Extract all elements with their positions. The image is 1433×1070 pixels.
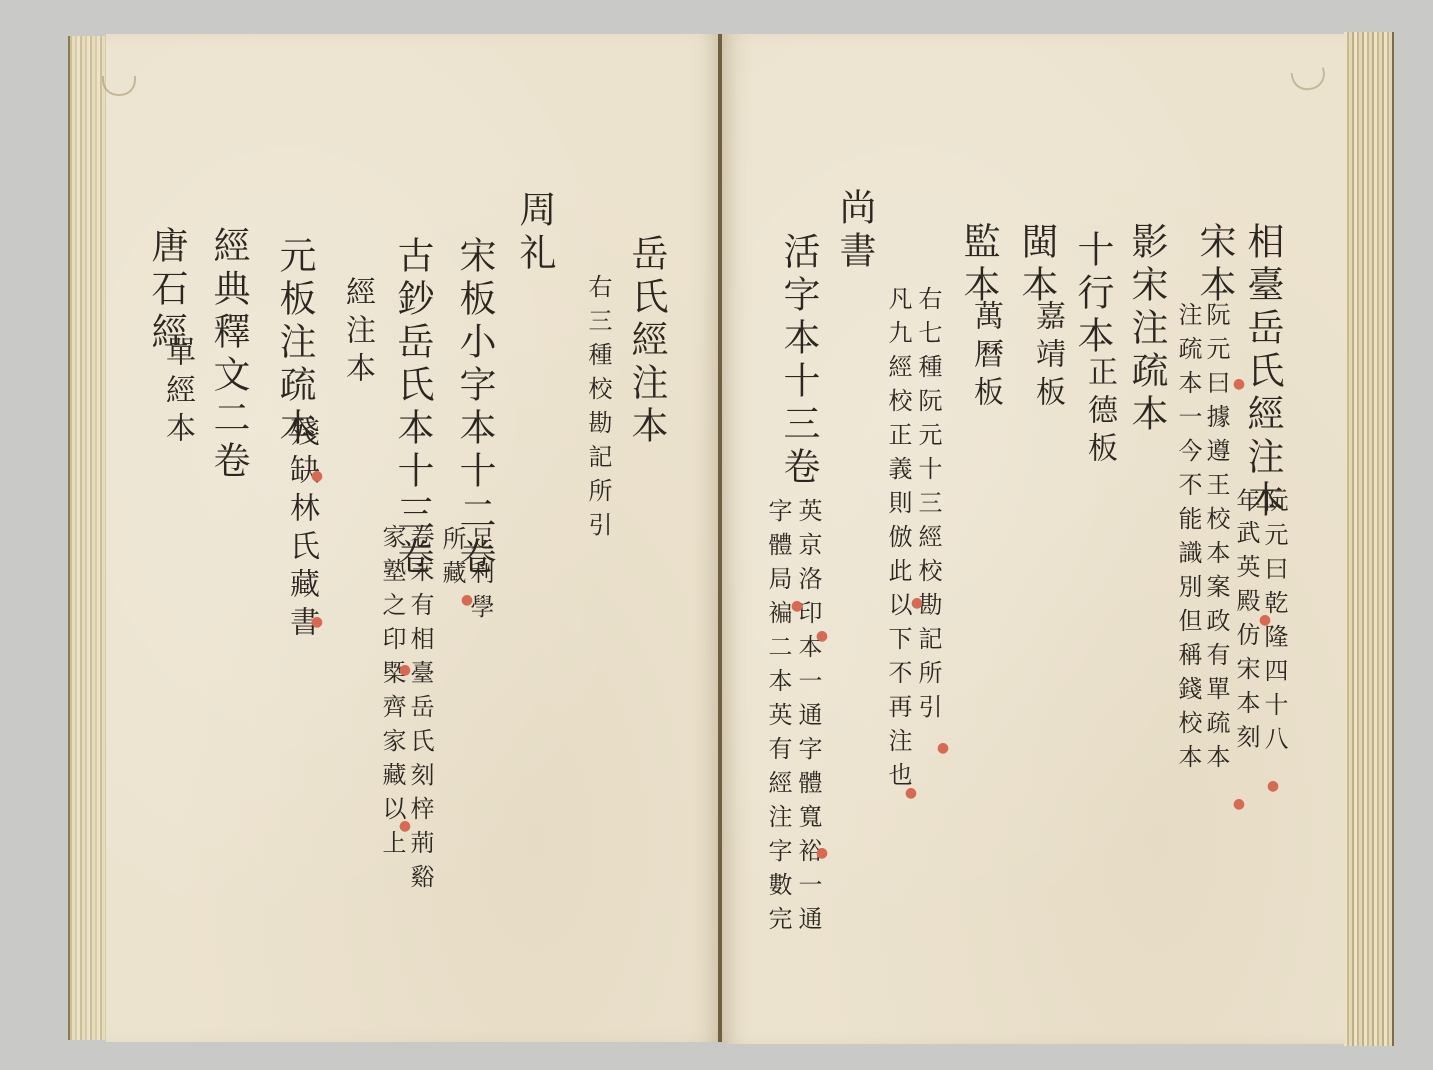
- note-seven-kinds: 右七種阮元十三經校勘記所引: [916, 286, 940, 728]
- entry-xiangtai-yue: 相臺岳氏經注本: [1244, 222, 1281, 523]
- entry-ying-song: 影宋注疏本: [1128, 222, 1165, 437]
- entry-jingdian-shiwen: 經典釋文二卷: [210, 226, 247, 484]
- note-ashikaga: 足利學: [468, 526, 492, 628]
- vermilion-mark: ●: [1232, 376, 1246, 392]
- vermilion-mark: ●: [936, 740, 950, 756]
- vermilion-mark: ●: [1232, 796, 1246, 812]
- entry-jian-ben: 監本: [960, 222, 997, 308]
- vermilion-mark: ●: [310, 614, 324, 630]
- note-three-kinds: 右三種校勘記所引: [586, 274, 610, 546]
- vermilion-mark: ●: [904, 785, 918, 801]
- note-song-ben-right: 阮元曰據遵王校本案政有單疏本: [1204, 302, 1228, 778]
- note-canque-linshi: 殘缺林氏藏書: [286, 416, 316, 644]
- vermilion-mark: ●: [398, 818, 412, 834]
- note-jingzhu-ben: 經注本: [342, 276, 372, 390]
- book-gutter: [718, 34, 722, 1042]
- left-page-edges: [68, 36, 110, 1040]
- entry-min-ben: 閩本: [1018, 222, 1055, 308]
- note-jiajing: 嘉靖板: [1032, 300, 1062, 414]
- binding-mark-left: [102, 76, 136, 96]
- vermilion-mark: ●: [310, 468, 324, 484]
- note-song-ben-left: 注疏本一今不能識別但稱錢校本: [1176, 302, 1200, 778]
- note-lead-nian: 年: [1234, 488, 1258, 522]
- vermilion-mark: ●: [910, 595, 924, 611]
- note-huozi-left: 字體局褊二本英有經注字數完: [766, 498, 790, 940]
- note-wuying-palace: 武英殿仿宋本刻: [1234, 520, 1258, 758]
- vermilion-mark: ●: [790, 598, 804, 614]
- entry-yue-jingzhu: 岳氏經注本: [628, 234, 665, 449]
- binding-mark-right: [1291, 67, 1328, 93]
- vermilion-mark: ●: [1258, 612, 1272, 628]
- note-nine-classics: 凡九經校正義則倣此以下不再注也: [886, 286, 910, 796]
- right-page-edges: [1344, 32, 1394, 1046]
- vermilion-mark: ●: [398, 662, 412, 678]
- open-book: 相臺岳氏經注本 阮元曰乾隆四十八 年 武英殿仿宋本刻 宋本 阮元曰據遵王校本案政…: [0, 0, 1433, 1070]
- vermilion-mark: ●: [815, 628, 829, 644]
- note-danjing-ben: 單經本: [162, 336, 192, 450]
- note-suozang: 所藏: [440, 526, 464, 594]
- entry-huozi-ben: 活字本十三卷: [780, 232, 817, 490]
- note-zhengde: 正德板: [1084, 356, 1114, 470]
- note-huozi-right: 英京洛印本一通字體寬裕一通: [796, 498, 820, 940]
- vermilion-mark: ●: [1266, 778, 1280, 794]
- heading-shangshu: 尚書: [836, 188, 873, 274]
- entry-shihang-ben: 十行本: [1074, 230, 1111, 359]
- heading-zhouli: 周礼: [516, 190, 553, 276]
- note-jiashu: 家塾之印㮣齊家藏以上: [380, 524, 404, 864]
- entry-song-ben: 宋本: [1196, 222, 1233, 308]
- note-juanmo: 卷末有相臺岳氏刻梓荊谿: [408, 524, 432, 898]
- note-wanli: 萬曆板: [970, 300, 1000, 414]
- vermilion-mark: ●: [815, 845, 829, 861]
- vermilion-mark: ●: [460, 592, 474, 608]
